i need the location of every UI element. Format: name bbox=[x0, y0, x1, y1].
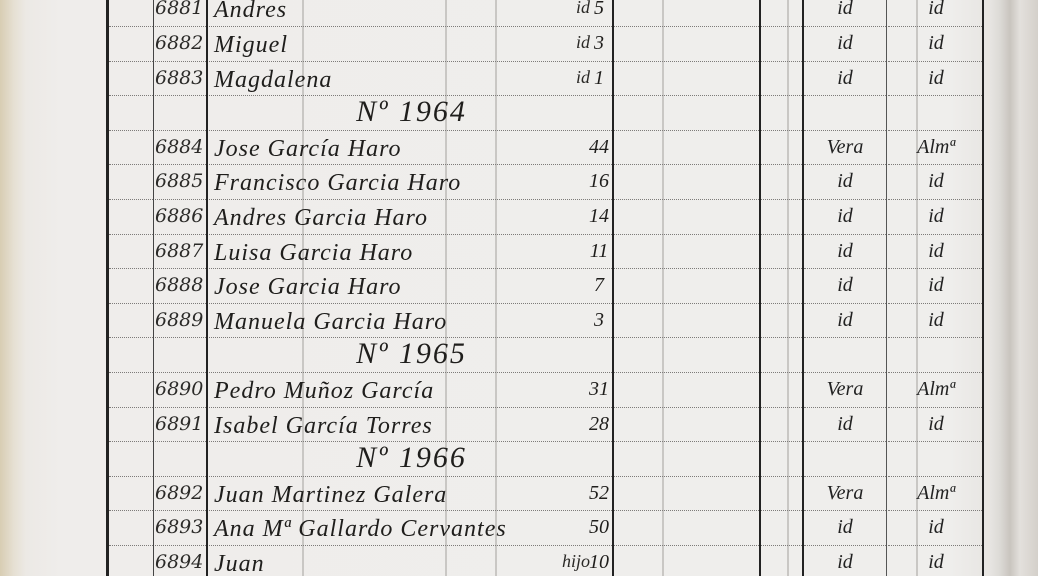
birthplace-province: id bbox=[890, 240, 982, 263]
birthplace-province: id bbox=[890, 413, 982, 436]
age-value: 1 bbox=[586, 67, 612, 90]
entry-number: 6882 bbox=[155, 32, 207, 54]
entry-number: 6894 bbox=[155, 551, 207, 573]
entry-number: 6883 bbox=[155, 67, 207, 89]
register-entry-row: 6881Andresid5idid bbox=[0, 0, 1038, 29]
register-entry-row: 6894Juanhijo10idid bbox=[0, 549, 1038, 576]
household-number: Nº 1964 bbox=[214, 95, 609, 129]
register-entry-row: 6891Isabel García Torres28idid bbox=[0, 411, 1038, 445]
birthplace-town: id bbox=[806, 551, 884, 574]
birthplace-province: Almª bbox=[890, 378, 982, 401]
register-entry-row: 6883Magdalenaid1idid bbox=[0, 65, 1038, 99]
birthplace-town: id bbox=[806, 516, 884, 539]
birthplace-town: id bbox=[806, 274, 884, 297]
birthplace-province: id bbox=[890, 170, 982, 193]
person-name: Isabel García Torres bbox=[214, 413, 609, 440]
register-entry-row: 6882Miguelid3idid bbox=[0, 30, 1038, 64]
age-value: 3 bbox=[586, 309, 612, 332]
relation-note: id bbox=[500, 67, 590, 88]
entry-number: 6884 bbox=[155, 136, 207, 158]
birthplace-province: id bbox=[890, 309, 982, 332]
entry-number: 6889 bbox=[155, 309, 207, 331]
entry-number: 6891 bbox=[155, 413, 207, 435]
birthplace-province: id bbox=[890, 516, 982, 539]
age-value: 11 bbox=[586, 240, 612, 263]
register-entry-row: 6888Jose Garcia Haro7idid bbox=[0, 272, 1038, 306]
age-value: 16 bbox=[586, 170, 612, 193]
register-entry-row: 6886Andres Garcia Haro14idid bbox=[0, 203, 1038, 237]
relation-note: id bbox=[500, 32, 590, 53]
entry-number: 6890 bbox=[155, 378, 207, 400]
age-value: 52 bbox=[586, 482, 612, 505]
birthplace-province: id bbox=[890, 32, 982, 55]
entry-number: 6886 bbox=[155, 205, 207, 227]
register-page: 6881Andresid5idid6882Miguelid3idid6883Ma… bbox=[0, 0, 1038, 576]
entry-number: 6881 bbox=[155, 0, 207, 19]
birthplace-town: id bbox=[806, 240, 884, 263]
age-value: 44 bbox=[586, 136, 612, 159]
birthplace-town: id bbox=[806, 205, 884, 228]
birthplace-province: Almª bbox=[890, 482, 982, 505]
person-name: Juan Martinez Galera bbox=[214, 482, 609, 509]
age-value: 3 bbox=[586, 32, 612, 55]
register-entry-row: 6892Juan Martinez Galera52VeraAlmª bbox=[0, 480, 1038, 514]
relation-note: hijo bbox=[500, 551, 590, 572]
relation-note: id bbox=[500, 0, 590, 18]
person-name: Ana Mª Gallardo Cervantes bbox=[214, 516, 609, 543]
entry-number: 6888 bbox=[155, 274, 207, 296]
birthplace-province: id bbox=[890, 274, 982, 297]
household-number: Nº 1965 bbox=[214, 337, 609, 371]
register-entry-row: 6884Jose García Haro44VeraAlmª bbox=[0, 134, 1038, 168]
birthplace-town: id bbox=[806, 413, 884, 436]
age-value: 14 bbox=[586, 205, 612, 228]
birthplace-town: Vera bbox=[806, 378, 884, 401]
birthplace-town: id bbox=[806, 0, 884, 20]
birthplace-province: id bbox=[890, 551, 982, 574]
age-value: 28 bbox=[586, 413, 612, 436]
household-number: Nº 1966 bbox=[214, 441, 609, 475]
birthplace-town: Vera bbox=[806, 136, 884, 159]
household-header-row: Nº 1965 bbox=[0, 341, 1038, 375]
register-entry-row: 6890Pedro Muñoz García31VeraAlmª bbox=[0, 376, 1038, 410]
person-name: Luisa Garcia Haro bbox=[214, 240, 609, 267]
birthplace-province: Almª bbox=[890, 136, 982, 159]
person-name: Jose García Haro bbox=[214, 136, 609, 163]
register-entry-row: 6889Manuela Garcia Haro3idid bbox=[0, 307, 1038, 341]
entry-number: 6887 bbox=[155, 240, 207, 262]
register-entry-row: 6887Luisa Garcia Haro11idid bbox=[0, 238, 1038, 272]
register-entry-row: 6893Ana Mª Gallardo Cervantes50idid bbox=[0, 514, 1038, 548]
birthplace-town: id bbox=[806, 32, 884, 55]
birthplace-town: Vera bbox=[806, 482, 884, 505]
person-name: Francisco Garcia Haro bbox=[214, 170, 609, 197]
entry-number: 6892 bbox=[155, 482, 207, 504]
entry-number: 6885 bbox=[155, 170, 207, 192]
person-name: Andres Garcia Haro bbox=[214, 205, 609, 232]
birthplace-town: id bbox=[806, 170, 884, 193]
age-value: 5 bbox=[586, 0, 612, 20]
age-value: 7 bbox=[586, 274, 612, 297]
person-name: Jose Garcia Haro bbox=[214, 274, 609, 301]
register-entry-row: 6885Francisco Garcia Haro16idid bbox=[0, 168, 1038, 202]
age-value: 10 bbox=[586, 551, 612, 574]
household-header-row: Nº 1966 bbox=[0, 445, 1038, 479]
birthplace-town: id bbox=[806, 67, 884, 90]
person-name: Manuela Garcia Haro bbox=[214, 309, 609, 336]
birthplace-town: id bbox=[806, 309, 884, 332]
birthplace-province: id bbox=[890, 205, 982, 228]
household-header-row: Nº 1964 bbox=[0, 99, 1038, 133]
age-value: 50 bbox=[586, 516, 612, 539]
birthplace-province: id bbox=[890, 0, 982, 20]
person-name: Pedro Muñoz García bbox=[214, 378, 609, 405]
entry-number: 6893 bbox=[155, 516, 207, 538]
birthplace-province: id bbox=[890, 67, 982, 90]
age-value: 31 bbox=[586, 378, 612, 401]
